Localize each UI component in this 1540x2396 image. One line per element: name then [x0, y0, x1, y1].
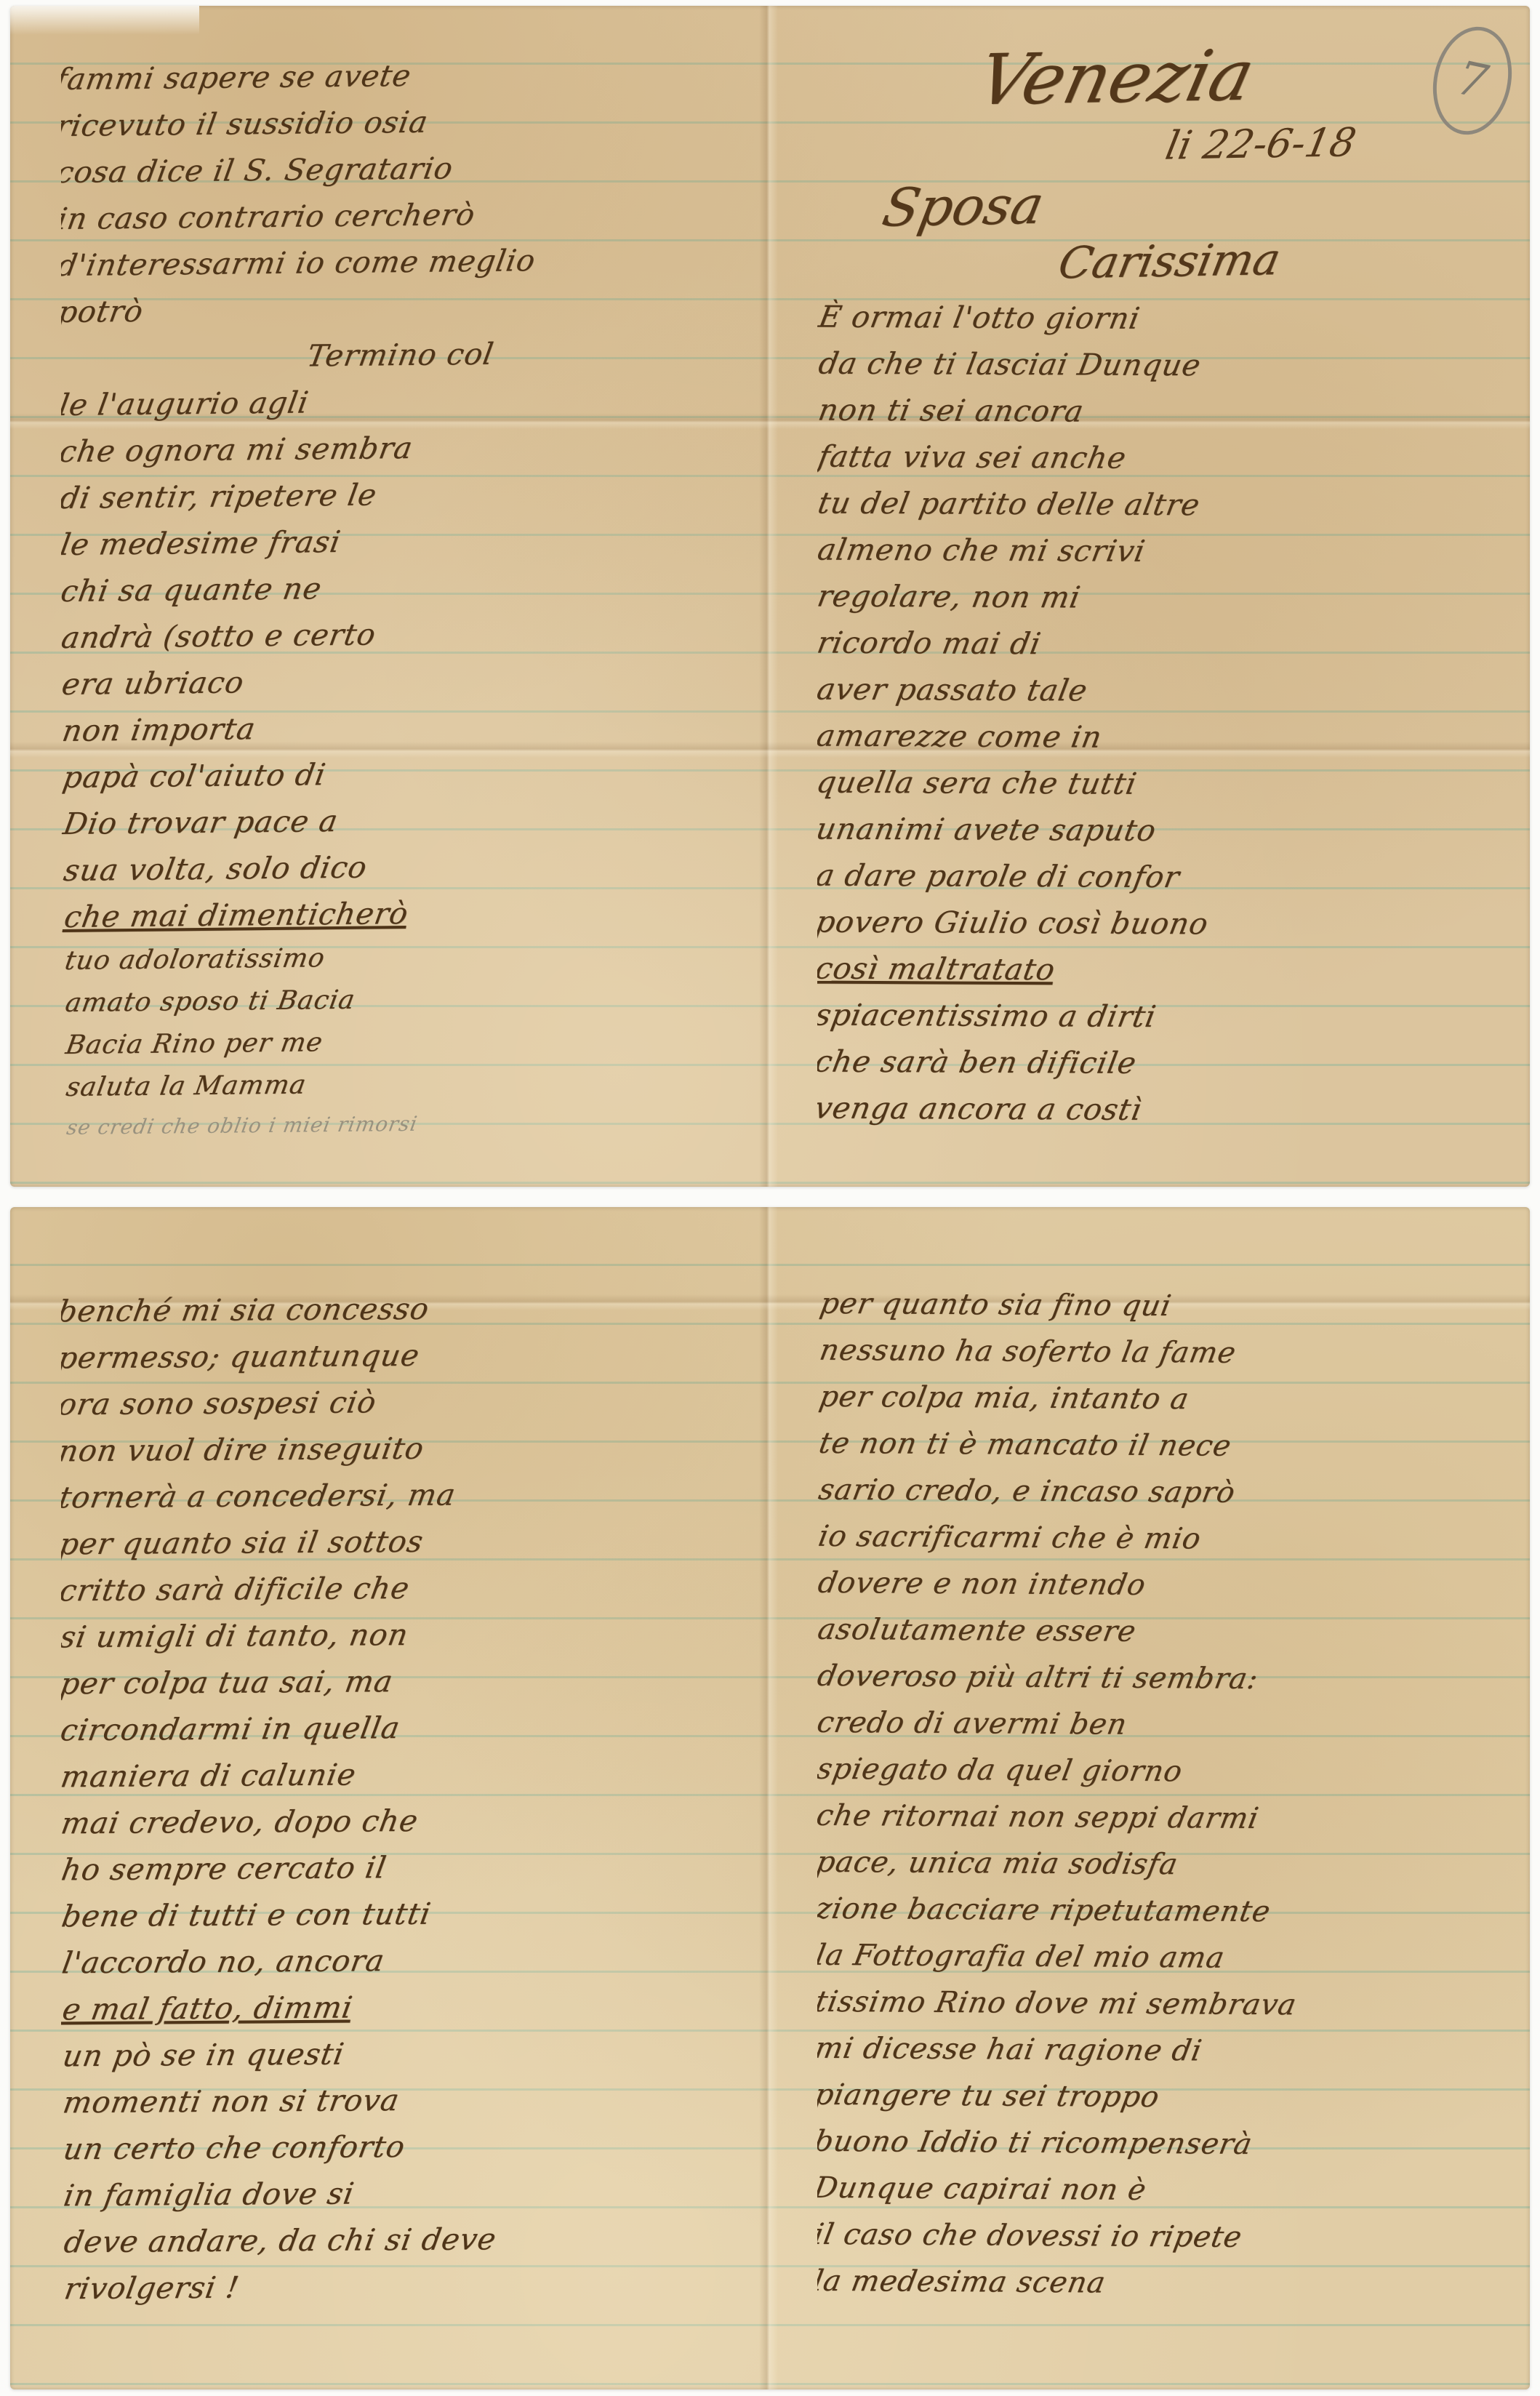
- handwritten-line: spiacentissimo a dirti: [817, 992, 1493, 1042]
- handwritten-line: venga ancora a costì: [817, 1085, 1493, 1135]
- handwritten-line: tu del partito delle altre: [817, 480, 1493, 530]
- handwritten-line: sua volta, solo dico: [61, 840, 752, 894]
- handwritten-line: te non ti è mancato il nece: [817, 1420, 1493, 1471]
- handwritten-line: in famiglia dove si: [61, 2168, 752, 2219]
- handwritten-line: rivolgersi !: [61, 2261, 752, 2312]
- handwritten-line: dovere e non intendo: [817, 1560, 1493, 1611]
- handwritten-line: amato sposo ti Bacia: [62, 975, 752, 1025]
- handwritten-line: se credi che oblio i miei rimorsi: [64, 1102, 752, 1147]
- handwritten-line: saluta la Mamma: [63, 1059, 752, 1109]
- handwritten-line: maniera di calunie: [61, 1749, 752, 1800]
- handwritten-line: permesso; quantunque: [61, 1330, 752, 1382]
- vertical-fold-crease: [759, 1207, 778, 2389]
- handwritten-line: un pò se in questi: [61, 2028, 752, 2080]
- handwritten-line: povero Giulio così buono: [817, 899, 1493, 949]
- page-top-right: Venezia li 22-6-18 Sposa Carissima È orm…: [817, 6, 1493, 1187]
- handwritten-line: deve andare, da chi si deve: [61, 2214, 752, 2266]
- handwritten-line: le medesime frasi: [61, 514, 752, 568]
- handwritten-line: buono Iddio ti ricompenserà: [817, 2118, 1493, 2169]
- handwritten-line: così maltratato: [817, 945, 1493, 995]
- handwritten-line: tissimo Rino dove mi sembrava: [817, 1979, 1493, 2030]
- handwritten-text-block: benché mi sia concessopermesso; quantunq…: [61, 1207, 752, 2312]
- page-top-left: fammi sapere se avetericevuto il sussidi…: [61, 6, 752, 1187]
- page-bottom-left: benché mi sia concessopermesso; quantunq…: [61, 1207, 752, 2389]
- handwritten-line: Dunque capirai non è: [817, 2165, 1493, 2216]
- handwritten-line: quella sera che tutti: [817, 759, 1493, 809]
- handwritten-line: cosa dice il S. Segratario: [61, 142, 751, 196]
- handwritten-line: mi dicesse hai ragione di: [817, 2025, 1493, 2076]
- handwritten-line: Bacia Rino per me: [63, 1017, 752, 1067]
- handwritten-line: per colpa mia, intanto a: [817, 1374, 1493, 1425]
- handwritten-line: sario credo, e incaso saprò: [817, 1467, 1493, 1518]
- handwritten-line: le l'augurio agli: [61, 374, 752, 428]
- handwritten-line: fammi sapere se avete: [61, 49, 750, 103]
- handwritten-line: almeno che mi scrivi: [817, 526, 1493, 577]
- handwritten-line: benché mi sia concesso: [61, 1283, 752, 1335]
- handwritten-line: non ti sei ancora: [817, 387, 1493, 437]
- salutation-line: Carissima: [817, 228, 1493, 296]
- handwritten-line: che mai dimenticherò: [61, 886, 752, 940]
- handwritten-line: zione bacciare ripetutamente: [817, 1886, 1493, 1936]
- handwritten-line: da che ti lasciai Dunque: [817, 340, 1493, 390]
- handwritten-line: che sarà ben dificile: [817, 1038, 1493, 1089]
- handwritten-line: per quanto sia fino qui: [817, 1281, 1493, 1331]
- handwritten-line: unanimi avete saputo: [817, 806, 1493, 856]
- handwritten-line: io sacrificarmi che è mio: [817, 1513, 1493, 1564]
- salutation-line: Sposa: [817, 166, 1493, 241]
- handwritten-line: e mal fatto, dimmi: [61, 1982, 752, 2033]
- letter-scan: fammi sapere se avetericevuto il sussidi…: [0, 0, 1540, 2396]
- handwritten-line: fatta viva sei anche: [817, 433, 1493, 484]
- bottom-scan-sheet: benché mi sia concessopermesso; quantunq…: [10, 1207, 1530, 2389]
- handwritten-line: andrà (sotto e certo: [61, 607, 752, 661]
- handwritten-line: non vuol dire inseguito: [61, 1423, 752, 1475]
- handwritten-line: che ritornai non seppi darmi: [817, 1792, 1493, 1843]
- letter-header: Venezia li 22-6-18 Sposa Carissima: [817, 6, 1493, 295]
- handwritten-line: ricevuto il sussidio osia: [61, 95, 751, 149]
- handwritten-line: il caso che dovessi io ripete: [817, 2211, 1493, 2262]
- handwritten-line: papà col'aiuto di: [61, 747, 752, 801]
- handwritten-line: tornerà a concedersi, ma: [61, 1470, 752, 1521]
- handwritten-line: asolutamente essere: [817, 1606, 1493, 1657]
- handwritten-line: un certo che conforto: [61, 2121, 752, 2173]
- handwritten-line: di sentir, ripetere le: [61, 468, 752, 521]
- handwritten-line: la medesima scena: [817, 2258, 1493, 2309]
- page-number: 7: [1452, 52, 1492, 111]
- handwritten-line: È ormai l'otto giorni: [817, 294, 1493, 344]
- handwritten-line: che ognora mi sembra: [61, 421, 752, 475]
- handwritten-line: regolare, non mi: [817, 573, 1493, 623]
- handwritten-line: circondarmi in quella: [61, 1702, 752, 1754]
- handwritten-line: ricordo mai di: [817, 620, 1493, 670]
- place-line: Venezia: [817, 6, 1493, 127]
- handwritten-line: per colpa tua sai, ma: [61, 1656, 752, 1707]
- handwritten-line: era ubriaco: [61, 654, 752, 708]
- handwritten-line: pace, unica mia sodisfa: [817, 1839, 1493, 1890]
- handwritten-text-block: fammi sapere se avetericevuto il sussidi…: [61, 6, 752, 1147]
- top-scan-sheet: fammi sapere se avetericevuto il sussidi…: [10, 6, 1530, 1187]
- handwritten-line: d'interessarmi io come meglio: [61, 235, 752, 289]
- handwritten-line: amarezze come in: [817, 713, 1493, 763]
- handwritten-line: nessuno ha soferto la fame: [817, 1327, 1493, 1378]
- handwritten-line: la Fottografia del mio ama: [817, 1932, 1493, 1983]
- handwritten-text-block: È ormai l'otto giornida che ti lasciai D…: [817, 288, 1493, 1135]
- handwritten-line: a dare parole di confor: [817, 852, 1493, 902]
- handwritten-line: ho sempre cercato il: [61, 1842, 752, 1894]
- handwritten-line: l'accordo no, ancora: [61, 1935, 752, 1987]
- handwritten-line: bene di tutti e con tutti: [61, 1888, 752, 1940]
- handwritten-line: credo di avermi ben: [817, 1699, 1493, 1750]
- handwritten-line: si umigli di tanto, non: [61, 1609, 752, 1661]
- handwritten-line: doveroso più altri ti sembra:: [817, 1653, 1493, 1704]
- vertical-fold-crease: [759, 6, 778, 1187]
- handwritten-line: piangere tu sei troppo: [817, 2072, 1493, 2123]
- handwritten-text-block: per quanto sia fino quinessuno ha sofert…: [817, 1207, 1493, 2309]
- handwritten-line: critto sarà dificile che: [61, 1563, 752, 1614]
- handwritten-line: in caso contrario cercherò: [61, 188, 752, 242]
- handwritten-line: per quanto sia il sottos: [61, 1516, 752, 1568]
- handwritten-line: mai credevo, dopo che: [61, 1795, 752, 1847]
- handwritten-line: momenti non si trova: [61, 2075, 752, 2126]
- handwritten-line: potrò: [61, 281, 752, 335]
- handwritten-line: aver passato tale: [817, 666, 1493, 716]
- handwritten-line: spiegato da quel giorno: [817, 1746, 1493, 1797]
- handwritten-line: Termino col: [61, 328, 752, 382]
- page-bottom-right: per quanto sia fino quinessuno ha sofert…: [817, 1207, 1493, 2389]
- handwritten-line: non importa: [61, 700, 752, 754]
- handwritten-line: tuo adoloratissimo: [62, 933, 752, 982]
- handwritten-line: chi sa quante ne: [61, 561, 752, 614]
- handwritten-line: ora sono sospesi ciò: [61, 1377, 752, 1428]
- handwritten-line: Dio trovar pace a: [61, 793, 752, 847]
